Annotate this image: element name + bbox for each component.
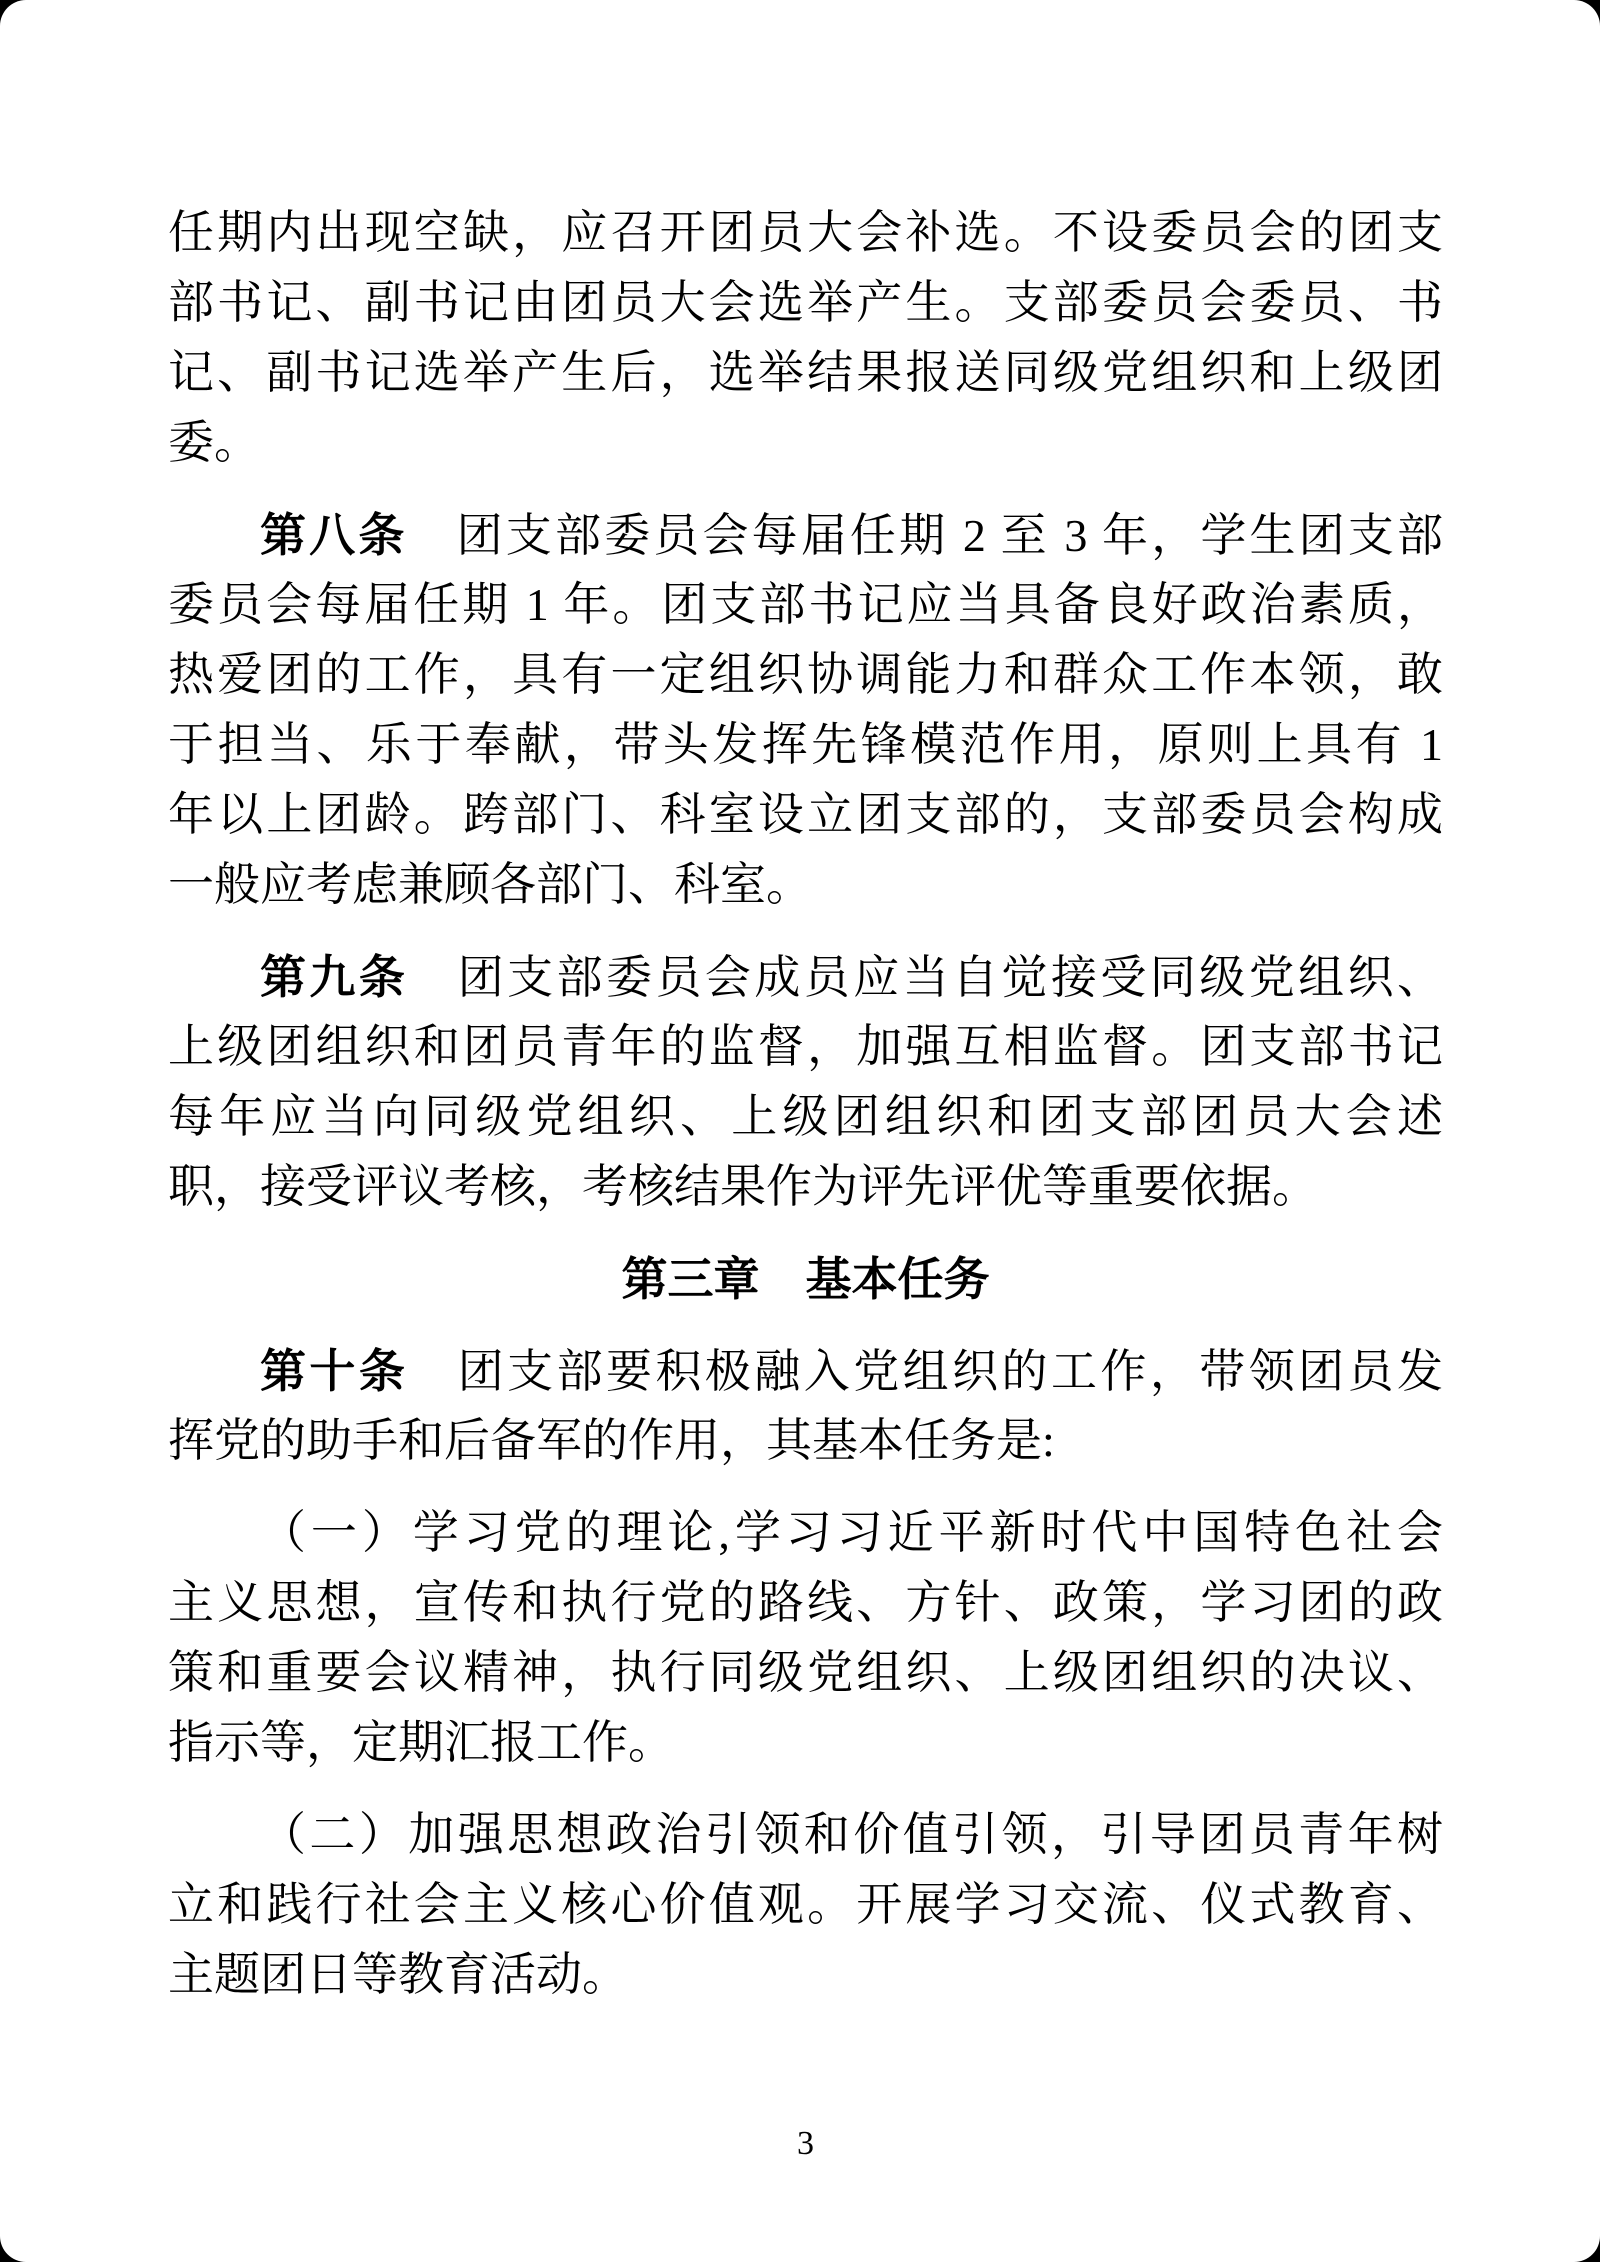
- text-line: 年以上团龄。跨部门、科室设立团支部的，支部委员会构成: [168, 780, 1443, 850]
- text-line: 一般应考虑兼顾各部门、科室。: [168, 850, 1443, 920]
- text-line: 于担当、乐于奉献，带头发挥先锋模范作用，原则上具有 1: [168, 710, 1443, 780]
- line-text: 团支部委员会每届任期 2 至 3 年，学生团支部: [407, 510, 1443, 561]
- text-line: 职，接受评议考核，考核结果作为评先评优等重要依据。: [168, 1152, 1443, 1222]
- paragraph: 任期内出现空缺，应召开团员大会补选。不设委员会的团支部书记、副书记由团员大会选举…: [168, 198, 1443, 478]
- line-text: 团支部要积极融入党组织的工作，带领团员发: [408, 1346, 1443, 1397]
- text-line: 策和重要会议精神，执行同级党组织、上级团组织的决议、: [168, 1638, 1443, 1708]
- paragraph: 第十条 团支部要积极融入党组织的工作，带领团员发挥党的助手和后备军的作用，其基本…: [168, 1336, 1443, 1476]
- text-line: 任期内出现空缺，应召开团员大会补选。不设委员会的团支: [168, 198, 1443, 268]
- article-number: 第九条: [260, 951, 408, 1003]
- paragraph: （一）学习党的理论,学习习近平新时代中国特色社会主义思想，宣传和执行党的路线、方…: [168, 1498, 1443, 1778]
- text-line: 上级团组织和团员青年的监督，加强互相监督。团支部书记: [168, 1012, 1443, 1082]
- document-page: 任期内出现空缺，应召开团员大会补选。不设委员会的团支部书记、副书记由团员大会选举…: [0, 0, 1600, 2262]
- text-line: 委。: [168, 408, 1443, 478]
- paragraph: 第九条 团支部委员会成员应当自觉接受同级党组织、上级团组织和团员青年的监督，加强…: [168, 942, 1443, 1222]
- text-line: 第八条 团支部委员会每届任期 2 至 3 年，学生团支部: [168, 500, 1443, 570]
- line-text: 团支部委员会成员应当自觉接受同级党组织、: [408, 952, 1443, 1003]
- text-line: 每年应当向同级党组织、上级团组织和团支部团员大会述: [168, 1082, 1443, 1152]
- text-line: 挥党的助手和后备军的作用，其基本任务是:: [168, 1406, 1443, 1476]
- text-line: 立和践行社会主义核心价值观。开展学习交流、仪式教育、: [168, 1870, 1443, 1940]
- page-number: 3: [168, 2122, 1443, 2166]
- text-line: 指示等，定期汇报工作。: [168, 1708, 1443, 1778]
- paragraph: （二）加强思想政治引领和价值引领，引导团员青年树立和践行社会主义核心价值观。开展…: [168, 1800, 1443, 2010]
- text-line: 第十条 团支部要积极融入党组织的工作，带领团员发: [168, 1336, 1443, 1406]
- paragraph: 第八条 团支部委员会每届任期 2 至 3 年，学生团支部委员会每届任期 1 年。…: [168, 500, 1443, 920]
- document-content: 任期内出现空缺，应召开团员大会补选。不设委员会的团支部书记、副书记由团员大会选举…: [168, 198, 1443, 2010]
- text-line: 记、副书记选举产生后，选举结果报送同级党组织和上级团: [168, 338, 1443, 408]
- text-line: 委员会每届任期 1 年。团支部书记应当具备良好政治素质，: [168, 570, 1443, 640]
- text-line: （二）加强思想政治引领和价值引领，引导团员青年树: [168, 1800, 1443, 1870]
- article-number: 第十条: [260, 1345, 408, 1397]
- text-line: 主义思想，宣传和执行党的路线、方针、政策，学习团的政: [168, 1568, 1443, 1638]
- text-line: （一）学习党的理论,学习习近平新时代中国特色社会: [168, 1498, 1443, 1568]
- text-line: 主题团日等教育活动。: [168, 1940, 1443, 2010]
- article-number: 第八条: [260, 509, 407, 561]
- text-line: 部书记、副书记由团员大会选举产生。支部委员会委员、书: [168, 268, 1443, 338]
- text-line: 第九条 团支部委员会成员应当自觉接受同级党组织、: [168, 942, 1443, 1012]
- text-line: 热爱团的工作，具有一定组织协调能力和群众工作本领，敢: [168, 640, 1443, 710]
- chapter-heading: 第三章 基本任务: [168, 1244, 1443, 1314]
